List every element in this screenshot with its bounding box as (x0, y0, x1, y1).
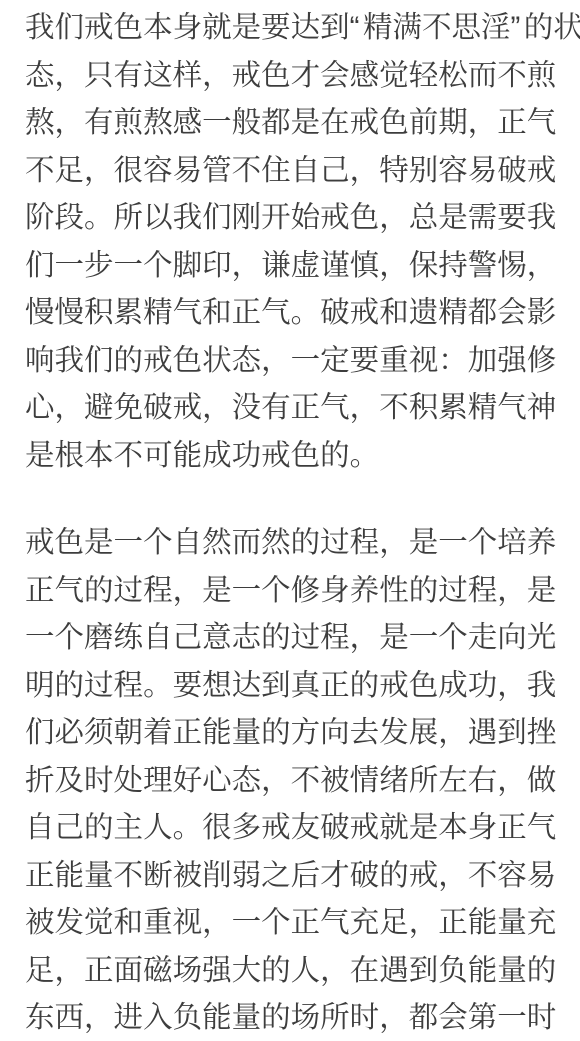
text-line: 折及时处理好心态，不被情绪所左右，做 (25, 757, 560, 805)
text-line: 们一步一个脚印，谦虚谨慎，保持警惕， (25, 242, 560, 290)
text-line: 一个磨练自己意志的过程，是一个走向光 (25, 614, 560, 662)
text-line: 正能量不断被削弱之后才破的戒，不容易 (25, 852, 560, 900)
text-line: 我们戒色本身就是要达到“精满不思淫”的状 (25, 4, 560, 52)
text-line: 熬，有煎熬感一般都是在戒色前期，正气 (25, 99, 560, 147)
text-line: 戒色是一个自然而然的过程，是一个培养 (25, 519, 560, 567)
text-line: 不足，很容易管不住自己，特别容易破戒 (25, 147, 560, 195)
text-line: 慢慢积累精气和正气。破戒和遗精都会影 (25, 289, 560, 337)
text-line: 明的过程。要想达到真正的戒色成功，我 (25, 662, 560, 710)
text-line: 阶段。所以我们刚开始戒色，总是需要我 (25, 194, 560, 242)
paragraph-2: 戒色是一个自然而然的过程，是一个培养正气的过程，是一个修身养性的过程，是一个磨练… (25, 519, 560, 1041)
text-line: 自己的主人。很多戒友破戒就是本身正气 (25, 804, 560, 852)
text-line: 东西，进入负能量的场所时，都会第一时 (25, 994, 560, 1041)
text-line: 们必须朝着正能量的方向去发展，遇到挫 (25, 709, 560, 757)
quote-mark: ” (511, 4, 524, 52)
text-line: 足，正面磁场强大的人，在遇到负能量的 (25, 947, 560, 995)
text-line: 态，只有这样，戒色才会感觉轻松而不煎 (25, 52, 560, 100)
text-line: 是根本不可能成功戒色的。 (25, 432, 560, 480)
text-line: 心，避免破戒，没有正气，不积累精气神 (25, 384, 560, 432)
text-line: 响我们的戒色状态，一定要重视：加强修 (25, 337, 560, 385)
text-line: 被发觉和重视，一个正气充足，正能量充 (25, 899, 560, 947)
quote-mark: “ (350, 4, 363, 52)
text-line: 正气的过程，是一个修身养性的过程，是 (25, 567, 560, 615)
article-body: 我们戒色本身就是要达到“精满不思淫”的状态，只有这样，戒色才会感觉轻松而不煎熬，… (0, 0, 580, 1041)
paragraph-1: 我们戒色本身就是要达到“精满不思淫”的状态，只有这样，戒色才会感觉轻松而不煎熬，… (25, 4, 560, 479)
